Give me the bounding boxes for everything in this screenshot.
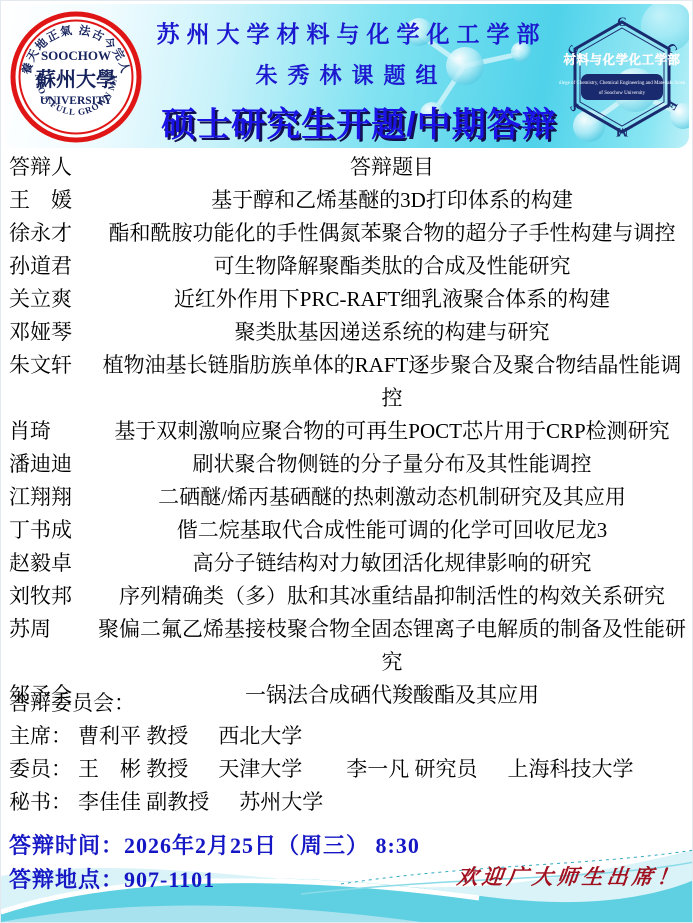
- table-row: 苏周 聚偏二氟乙烯基接枝聚合物全固态锂离子电解质的制备及性能研究: [9, 613, 687, 679]
- defense-topic: 近红外作用下PRC-RAFT细乳液聚合体系的构建: [97, 283, 687, 316]
- poster-title: 硕士研究生开题/中期答辩: [154, 97, 564, 146]
- defense-topic: 酯和酰胺功能化的手性偶氮苯聚合物的超分子手性构建与调控: [97, 217, 687, 250]
- committee-rows-container: 主席：曹利平 教授西北大学 委员：王 彬 教授天津大学李一凡 研究员上海科技大学…: [9, 720, 684, 819]
- defender-name: 肖琦: [9, 415, 97, 448]
- defense-topic: 偕二烷基取代合成性能可调的化学可回收尼龙3: [97, 514, 687, 547]
- table-row: 赵毅卓 高分子链结构对力敏团活化规律影响的研究: [9, 547, 687, 580]
- hex-logo-en-line2: of Soochow University: [599, 91, 646, 96]
- committee-row: 秘书：李佳佳 副教授苏州大学: [9, 786, 684, 819]
- table-row: 肖琦 基于双刺激响应聚合物的可再生POCT芯片用于CRP检测研究: [9, 415, 687, 448]
- hex-vertex-letter: M: [616, 125, 628, 140]
- seal-cn-characters: 蘇州大學: [36, 67, 116, 91]
- table-header-row: 答辩人 答辩题目: [9, 151, 687, 184]
- defender-name: 徐永才: [9, 217, 97, 250]
- table-row: 丁书成 偕二烷基取代合成性能可调的化学可回收尼龙3: [9, 514, 687, 547]
- committee-affiliation: 上海科技大学: [508, 757, 634, 781]
- committee-section: 答辩委员会： 主席：曹利平 教授西北大学 委员：王 彬 教授天津大学李一凡 研究…: [9, 687, 684, 819]
- col-header-defender: 答辩人: [9, 151, 97, 184]
- table-row: 王 媛 基于醇和乙烯基醚的3D打印体系的构建: [9, 184, 687, 217]
- committee-role-label: 秘书：: [9, 790, 72, 814]
- table-row: 刘牧邦 序列精确类（多）肽和其冰重结晶抑制活性的构效关系研究: [9, 580, 687, 613]
- defense-topic: 高分子链结构对力敏团活化规律影响的研究: [97, 547, 687, 580]
- hex-logo-en-line1: College of Chemistry, Chemical Engineeri…: [559, 81, 685, 86]
- defense-location-label: 答辩地点：: [9, 867, 124, 892]
- defender-name: 潘迪迪: [9, 448, 97, 481]
- col-header-topic: 答辩题目: [97, 151, 687, 184]
- defender-name: 朱文轩: [9, 349, 97, 382]
- committee-row: 主席：曹利平 教授西北大学: [9, 720, 684, 753]
- table-row: 朱文轩 植物油基长链脂肪族单体的RAFT逐步聚合及聚合物结晶性能调控: [9, 349, 687, 415]
- research-group-name: 朱秀林课题组: [144, 59, 559, 90]
- table-row: 江翔翔 二硒醚/烯丙基硒醚的热刺激动态机制研究及其应用: [9, 481, 687, 514]
- seal-soochow-text: SOOCHOW: [41, 48, 111, 63]
- defense-location-value: 907-1101: [124, 867, 215, 892]
- defender-name: 赵毅卓: [9, 547, 97, 580]
- table-rows-container: 王 媛 基于醇和乙烯基醚的3D打印体系的构建 徐永才 酯和酰胺功能化的手性偶氮苯…: [9, 184, 687, 712]
- committee-affiliation: 苏州大学: [239, 790, 323, 814]
- defense-time-label: 答辩时间：: [9, 833, 124, 858]
- defender-name: 丁书成: [9, 514, 97, 547]
- committee-affiliation: 西北大学: [218, 724, 302, 748]
- defense-time: 答辩时间：2026年2月25日（周三） 8:30: [9, 829, 420, 860]
- hex-vertex-letter: C: [617, 14, 626, 29]
- committee-heading: 答辩委员会：: [9, 687, 684, 720]
- defender-name: 刘牧邦: [9, 580, 97, 613]
- defense-table: 答辩人 答辩题目 王 媛 基于醇和乙烯基醚的3D打印体系的构建 徐永才 酯和酰胺…: [9, 151, 687, 712]
- table-row: 关立爽 近红外作用下PRC-RAFT细乳液聚合体系的构建: [9, 283, 687, 316]
- defender-name: 孙道君: [9, 250, 97, 283]
- defense-location: 答辩地点：907-1101: [9, 863, 215, 894]
- committee-affiliation: 天津大学: [218, 757, 302, 781]
- header-banner: 養天地正氣 法古今完人 UNTO A FULL GROWN MAN SOOCHO…: [4, 4, 689, 148]
- defense-topic: 植物油基长链脂肪族单体的RAFT逐步聚合及聚合物结晶性能调控: [97, 349, 687, 415]
- defense-topic: 序列精确类（多）肽和其冰重结晶抑制活性的构效关系研究: [97, 580, 687, 613]
- defender-name: 邓娅琴: [9, 316, 97, 349]
- committee-person: 王 彬 教授: [78, 757, 188, 781]
- defense-topic: 聚偏二氟乙烯基接枝聚合物全固态锂离子电解质的制备及性能研究: [97, 613, 687, 679]
- department-name: 苏州大学材料与化学化工学部: [144, 16, 559, 49]
- defense-topic: 基于双刺激响应聚合物的可再生POCT芯片用于CRP检测研究: [97, 415, 687, 448]
- committee-person: 李一凡 研究员: [346, 757, 477, 781]
- table-row: 潘迪迪 刷状聚合物侧链的分子量分布及其性能调控: [9, 448, 687, 481]
- committee-role-label: 委员：: [9, 757, 72, 781]
- defender-name: 王 媛: [9, 184, 97, 217]
- defender-name: 江翔翔: [9, 481, 97, 514]
- soochow-university-seal: 養天地正氣 法古今完人 UNTO A FULL GROWN MAN SOOCHO…: [9, 8, 143, 146]
- committee-person: 曹利平 教授: [78, 724, 188, 748]
- committee-role-label: 主席：: [9, 724, 72, 748]
- defense-topic: 基于醇和乙烯基醚的3D打印体系的构建: [97, 184, 687, 217]
- defense-topic: 可生物降解聚酯类肽的合成及性能研究: [97, 250, 687, 283]
- defense-topic: 聚类肽基因递送系统的构建与研究: [97, 316, 687, 349]
- committee-person: 李佳佳 副教授: [78, 790, 209, 814]
- defender-name: 关立爽: [9, 283, 97, 316]
- table-row: 孙道君 可生物降解聚酯类肽的合成及性能研究: [9, 250, 687, 283]
- welcome-message: 欢迎广大师生出席！: [455, 861, 683, 891]
- defense-topic: 刷状聚合物侧链的分子量分布及其性能调控: [97, 448, 687, 481]
- defender-name: 苏周: [9, 613, 97, 646]
- college-hexagon-logo: C C C E M S 材料与化学化工学部 College of Chemist…: [559, 12, 685, 142]
- defense-time-value: 2026年2月25日（周三） 8:30: [124, 833, 420, 858]
- table-row: 邓娅琴 聚类肽基因递送系统的构建与研究: [9, 316, 687, 349]
- table-row: 徐永才 酯和酰胺功能化的手性偶氮苯聚合物的超分子手性构建与调控: [9, 217, 687, 250]
- hex-logo-cn-text: 材料与化学化工学部: [563, 52, 680, 67]
- defense-announcement-poster: 養天地正氣 法古今完人 UNTO A FULL GROWN MAN SOOCHO…: [0, 0, 693, 923]
- seal-university-text: UNIVERSITY: [40, 95, 113, 107]
- defense-topic: 二硒醚/烯丙基硒醚的热刺激动态机制研究及其应用: [97, 481, 687, 514]
- committee-row: 委员：王 彬 教授天津大学李一凡 研究员上海科技大学: [9, 753, 684, 786]
